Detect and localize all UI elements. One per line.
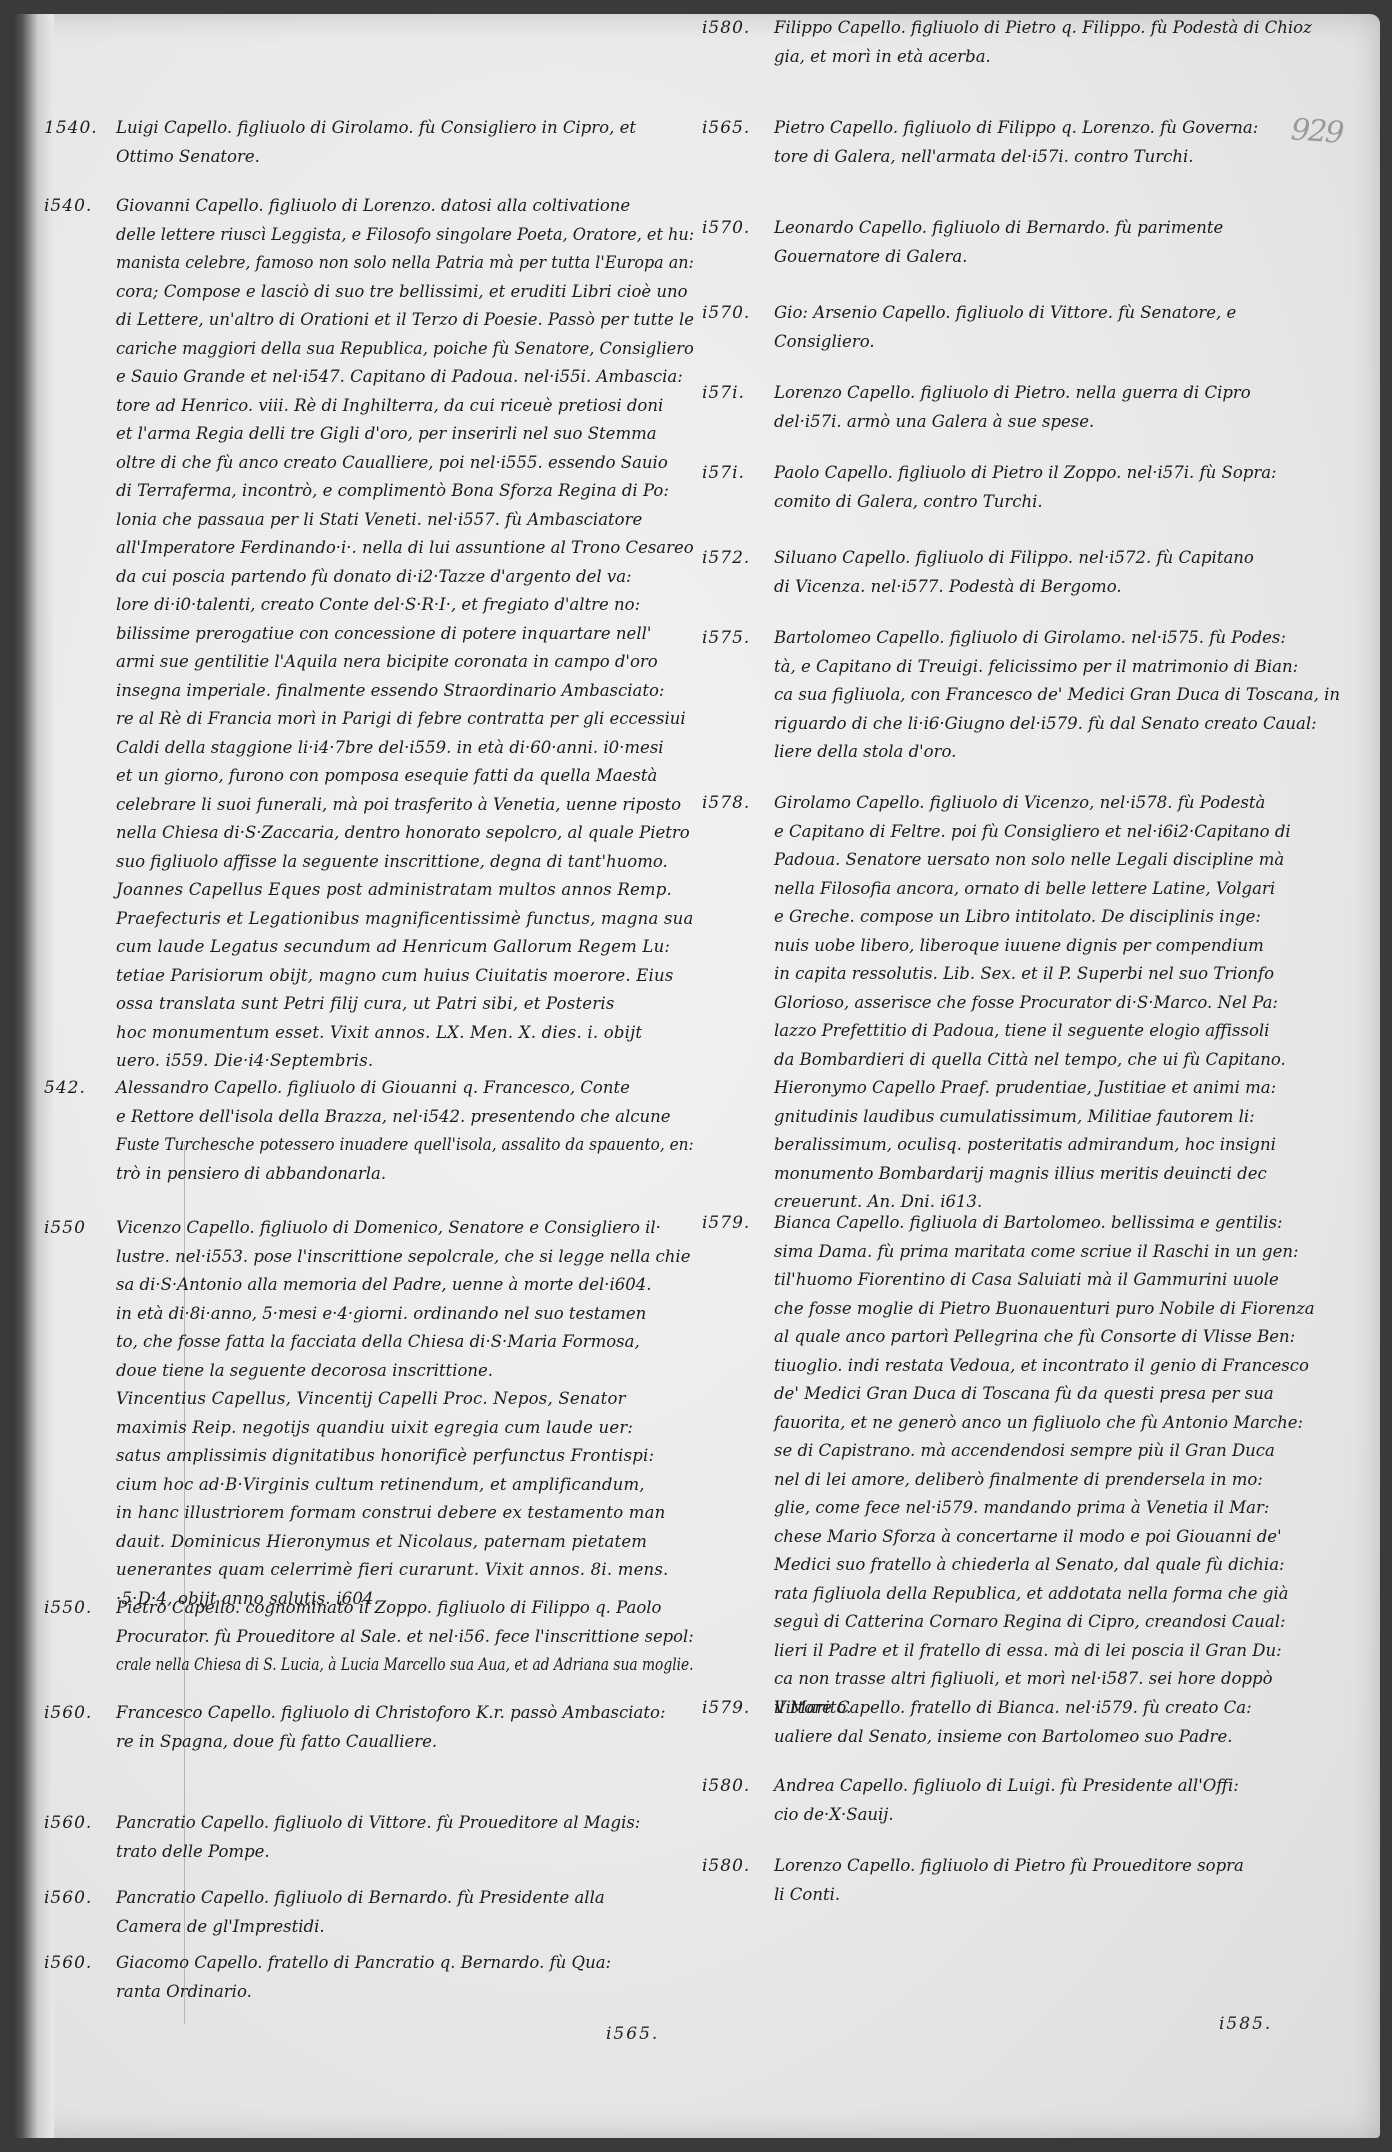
entry-year: i580.: [702, 14, 770, 43]
entry-lorenzo: i57i.Lorenzo Capello. figliuolo di Pietr…: [702, 379, 1342, 436]
text-line: Vicenzo Capello. figliuolo di Domenico, …: [116, 1214, 694, 1243]
text-line: seguì di Catterina Cornaro Regina di Cip…: [774, 1608, 1342, 1637]
entry-text: Pietro Capello. figliuolo di Filippo q. …: [774, 114, 1342, 171]
text-line: Procurator. fù Proueditore al Sale. et n…: [116, 1623, 689, 1652]
text-line: cio de·X·Sauij.: [774, 1801, 1342, 1830]
text-line: trò in pensiero di abbandonarla.: [116, 1160, 694, 1189]
inscription-line: cum laude Legatus secundum ad Henricum G…: [116, 933, 694, 962]
entry-year: i579.: [702, 1209, 770, 1238]
text-line: Pancratio Capello. figliuolo di Bernardo…: [116, 1884, 694, 1913]
text-line: tà, e Capitano di Treuigi. felicissimo p…: [774, 653, 1342, 682]
entry-text: Luigi Capello. figliuolo di Girolamo. fù…: [116, 114, 694, 171]
text-line: Consigliero.: [774, 328, 1342, 357]
text-line: beralissimum, oculisq. posteritatis admi…: [774, 1131, 1342, 1160]
entry-andrea: i580.Andrea Capello. figliuolo di Luigi.…: [702, 1772, 1342, 1829]
entry-year: i575.: [702, 624, 770, 653]
text-line: Luigi Capello. figliuolo di Girolamo. fù…: [116, 114, 694, 143]
entry-year: i560.: [44, 1809, 112, 1838]
entry-text: Siluano Capello. figliuolo di Filippo. n…: [774, 544, 1342, 601]
inscription-line: tetiae Parisiorum obijt, magno cum huius…: [116, 962, 694, 991]
text-line: Vittore Capello. fratello di Bianca. nel…: [774, 1694, 1342, 1723]
entry-pietro: i565.Pietro Capello. figliuolo di Filipp…: [702, 114, 1342, 171]
text-line: gia, et morì in età acerba.: [774, 43, 1342, 72]
entry-bianca: i579.Bianca Capello. figliuola di Bartol…: [702, 1209, 1342, 1722]
entry-year: i57i.: [702, 379, 770, 408]
text-line: nella Chiesa di·S·Zaccaria, dentro honor…: [116, 819, 694, 848]
text-line: et un giorno, furono con pomposa esequie…: [116, 762, 694, 791]
text-line: ranta Ordinario.: [116, 1978, 694, 2007]
text-line: doue tiene la seguente decorosa inscritt…: [116, 1357, 694, 1386]
text-line: Padoua. Senatore uersato non solo nelle …: [774, 846, 1342, 875]
entry-year: i550: [44, 1214, 112, 1243]
entry-siluano: i572.Siluano Capello. figliuolo di Filip…: [702, 544, 1342, 601]
text-line: Gouernatore di Galera.: [774, 243, 1342, 272]
text-line: Paolo Capello. figliuolo di Pietro il Zo…: [774, 459, 1342, 488]
entry-year: i580.: [702, 1772, 770, 1801]
text-line: Pietro Capello. figliuolo di Filippo q. …: [774, 114, 1342, 143]
text-line: Lorenzo Capello. figliuolo di Pietro. ne…: [774, 379, 1342, 408]
text-line: re in Spagna, doue fù fatto Caualliere.: [116, 1728, 694, 1757]
text-line: li Conti.: [774, 1881, 1342, 1910]
text-line: Giovanni Capello. figliuolo di Lorenzo. …: [116, 192, 694, 221]
entry-text: Leonardo Capello. figliuolo di Bernardo.…: [774, 214, 1342, 271]
entry-alessandro: 542.Alessandro Capello. figliuolo di Gio…: [44, 1074, 694, 1188]
entry-text: Lorenzo Capello. figliuolo di Pietro fù …: [774, 1852, 1342, 1909]
text-line: Lorenzo Capello. figliuolo di Pietro fù …: [774, 1852, 1342, 1881]
entry-year: i578.: [702, 789, 770, 818]
text-line: insegna imperiale. finalmente essendo St…: [116, 677, 694, 706]
inscription-line: hoc monumentum esset. Vixit annos. LX. M…: [116, 1019, 694, 1048]
inscription-line: in hanc illustriorem formam construi deb…: [116, 1499, 694, 1528]
text-line: Camera de gl'Imprestidi.: [116, 1913, 694, 1942]
entry-text: Paolo Capello. figliuolo di Pietro il Zo…: [774, 459, 1342, 516]
text-line: til'huomo Fiorentino di Casa Saluiati mà…: [774, 1266, 1342, 1295]
text-line: lonia che passaua per li Stati Veneti. n…: [116, 506, 694, 535]
text-line: rata figliuola della Republica, et addot…: [774, 1580, 1342, 1609]
text-line: glie, come fece nel·i579. mandando prima…: [774, 1494, 1342, 1523]
text-line: Filippo Capello. figliuolo di Pietro q. …: [774, 14, 1342, 43]
text-line: trato delle Pompe.: [116, 1838, 694, 1867]
text-line: manista celebre, famoso non solo nella P…: [116, 249, 675, 278]
text-line: e Capitano di Feltre. poi fù Consigliero…: [774, 818, 1342, 847]
entry-text: Pietro Capello. cognominato il Zoppo. fi…: [116, 1594, 694, 1680]
text-line: e Greche. compose un Libro intitolato. D…: [774, 903, 1342, 932]
entry-text: Bartolomeo Capello. figliuolo di Girolam…: [774, 624, 1342, 767]
text-line: sima Dama. fù prima maritata come scriue…: [774, 1238, 1342, 1267]
entry-year: i580.: [702, 1852, 770, 1881]
text-line: fauorita, et ne generò anco un figliuolo…: [774, 1409, 1342, 1438]
text-line: bilissime prerogatiue con concessione di…: [116, 620, 694, 649]
text-line: Giacomo Capello. fratello di Pancratio q…: [116, 1949, 694, 1978]
text-line: da Bombardieri di quella Città nel tempo…: [774, 1046, 1342, 1075]
text-line: gnitudinis laudibus cumulatissimum, Mili…: [774, 1103, 1342, 1132]
text-line: de' Medici Gran Duca di Toscana fù da qu…: [774, 1380, 1342, 1409]
text-line: Hieronymo Capello Praef. prudentiae, Jus…: [774, 1074, 1342, 1103]
entry-giacomo: i560.Giacomo Capello. fratello di Pancra…: [44, 1949, 694, 2006]
text-line: di Terraferma, incontrò, e complimentò B…: [116, 477, 694, 506]
text-line: in età di·8i·anno, 5·mesi e·4·giorni. or…: [116, 1300, 694, 1329]
entry-year: i570.: [702, 214, 770, 243]
entry-pancratio: i560.Pancratio Capello. figliuolo di Ber…: [44, 1884, 694, 1941]
entry-text: Vittore Capello. fratello di Bianca. nel…: [774, 1694, 1342, 1751]
entry-year: i570.: [702, 299, 770, 328]
entry-text: Pancratio Capello. figliuolo di Vittore.…: [116, 1809, 694, 1866]
entry-vicenzo: i550Vicenzo Capello. figliuolo di Domeni…: [44, 1214, 694, 1613]
entry-leonardo: i570.Leonardo Capello. figliuolo di Bern…: [702, 214, 1342, 271]
entry-gio-arsenio: i570.Gio: Arsenio Capello. figliuolo di …: [702, 299, 1342, 356]
text-line: Bianca Capello. figliuola di Bartolomeo.…: [774, 1209, 1342, 1238]
text-line: nuis uobe libero, liberoque iuuene digni…: [774, 932, 1342, 961]
entry-text: Girolamo Capello. figliuolo di Vicenzo, …: [774, 789, 1342, 1217]
text-line: Francesco Capello. figliuolo di Christof…: [116, 1699, 694, 1728]
text-line: Caldi della staggione li·i4·7bre del·i55…: [116, 734, 694, 763]
inscription-line: cium hoc ad·B·Virginis cultum retinendum…: [116, 1471, 694, 1500]
text-line: nel di lei amore, deliberò finalmente di…: [774, 1466, 1342, 1495]
text-line: Pietro Capello. cognominato il Zoppo. fi…: [116, 1594, 694, 1623]
text-line: Fuste Turchesche potessero inuadere quel…: [116, 1131, 651, 1160]
inscription-line: Joannes Capellus Eques post administrata…: [116, 876, 694, 905]
text-line: ca sua figliuola, con Francesco de' Medi…: [774, 681, 1342, 710]
entry-text: Alessandro Capello. figliuolo di Giouann…: [116, 1074, 694, 1188]
entry-year: i550.: [44, 1594, 112, 1623]
inscription-line: uenerantes quam celerrimè fieri curarunt…: [116, 1556, 694, 1585]
catchword-left: i565.: [606, 2024, 659, 2044]
text-line: Ottimo Senatore.: [116, 143, 694, 172]
text-line: Alessandro Capello. figliuolo di Giouann…: [116, 1074, 694, 1103]
text-line: e Rettore dell'isola della Brazza, nel·i…: [116, 1103, 694, 1132]
text-line: Leonardo Capello. figliuolo di Bernardo.…: [774, 214, 1342, 243]
entry-vittore: i579.Vittore Capello. fratello di Bianca…: [702, 1694, 1342, 1751]
text-line: delle lettere riuscì Leggista, e Filosof…: [116, 221, 680, 250]
text-line: nella Filosofia ancora, ornato di belle …: [774, 875, 1342, 904]
text-line: Siluano Capello. figliuolo di Filippo. n…: [774, 544, 1342, 573]
text-line: tore ad Henrico. viii. Rè di Inghilterra…: [116, 392, 694, 421]
text-line: sa di·S·Antonio alla memoria del Padre, …: [116, 1271, 694, 1300]
text-line: lore di·i0·talenti, creato Conte del·S·R…: [116, 591, 694, 620]
catchword-right: i585.: [1219, 2014, 1272, 2034]
text-line: Pancratio Capello. figliuolo di Vittore.…: [116, 1809, 694, 1838]
entry-text: Vicenzo Capello. figliuolo di Domenico, …: [116, 1214, 694, 1613]
entry-year: i565.: [702, 114, 770, 143]
entry-text: Giovanni Capello. figliuolo di Lorenzo. …: [116, 192, 694, 1076]
entry-luigi: 1540.Luigi Capello. figliuolo di Girolam…: [44, 114, 694, 171]
entry-year: i579.: [702, 1694, 770, 1723]
entry-year: i560.: [44, 1949, 112, 1978]
text-line: cariche maggiori della sua Republica, po…: [116, 335, 686, 364]
entry-year: i57i.: [702, 459, 770, 488]
text-line: Andrea Capello. figliuolo di Luigi. fù P…: [774, 1772, 1342, 1801]
text-line: Medici suo fratello à chiederla al Senat…: [774, 1551, 1342, 1580]
inscription-line: satus amplissimis dignitatibus honorific…: [116, 1442, 694, 1471]
text-line: ca non trasse altri figliuoli, et morì n…: [774, 1665, 1342, 1694]
entry-text: Bianca Capello. figliuola di Bartolomeo.…: [774, 1209, 1342, 1722]
text-line: to, che fosse fatta la facciata della Ch…: [116, 1328, 694, 1357]
text-line: e Sauio Grande et nel·i547. Capitano di …: [116, 363, 694, 392]
text-line: lazzo Prefettitio di Padoua, tiene il se…: [774, 1017, 1342, 1046]
text-line: lieri il Padre et il fratello di essa. m…: [774, 1637, 1342, 1666]
text-line: liere della stola d'oro.: [774, 738, 1342, 767]
text-line: celebrare li suoi funerali, mà poi trasf…: [116, 791, 694, 820]
text-line: che fosse moglie di Pietro Buonauenturi …: [774, 1295, 1342, 1324]
inscription-line: maximis Reip. negotijs quandiu uixit egr…: [116, 1414, 694, 1443]
text-line: Gio: Arsenio Capello. figliuolo di Vitto…: [774, 299, 1342, 328]
text-line: Bartolomeo Capello. figliuolo di Girolam…: [774, 624, 1342, 653]
inscription-line: Praefecturis et Legationibus magnificent…: [116, 905, 694, 934]
text-line: all'Imperatore Ferdinando·i·. nella di l…: [116, 534, 693, 563]
text-line: chese Mario Sforza à concertarne il modo…: [774, 1523, 1342, 1552]
entry-year: 1540.: [44, 114, 112, 143]
inscription-line: dauit. Dominicus Hieronymus et Nicolaus,…: [116, 1528, 694, 1557]
entry-text: Giacomo Capello. fratello di Pancratio q…: [116, 1949, 694, 2006]
entry-text: Andrea Capello. figliuolo di Luigi. fù P…: [774, 1772, 1342, 1829]
text-line: et l'arma Regia delli tre Gigli d'oro, p…: [116, 420, 694, 449]
inscription-line: Vincentius Capellus, Vincentij Capelli P…: [116, 1385, 694, 1414]
entry-pancratio: i560.Pancratio Capello. figliuolo di Vit…: [44, 1809, 694, 1866]
entry-pietro: i550.Pietro Capello. cognominato il Zopp…: [44, 1594, 694, 1680]
entry-filippo: i580.Filippo Capello. figliuolo di Pietr…: [702, 14, 1342, 71]
text-line: al quale anco partorì Pellegrina che fù …: [774, 1323, 1342, 1352]
entry-bartolomeo: i575.Bartolomeo Capello. figliuolo di Gi…: [702, 624, 1342, 767]
entry-girolamo: i578.Girolamo Capello. figliuolo di Vice…: [702, 789, 1342, 1217]
entry-year: i540.: [44, 192, 112, 221]
entry-year: i572.: [702, 544, 770, 573]
entry-giovanni: i540.Giovanni Capello. figliuolo di Lore…: [44, 192, 694, 1076]
text-line: se di Capistrano. mà accendendosi sempre…: [774, 1437, 1342, 1466]
entry-francesco: i560.Francesco Capello. figliuolo di Chr…: [44, 1699, 694, 1756]
text-line: da cui poscia partendo fù donato di·i2·T…: [116, 563, 694, 592]
manuscript-page: 929 1540.Luigi Capello. figliuolo di Gir…: [14, 14, 1380, 2138]
text-line: crale nella Chiesa di S. Lucia, à Lucia …: [116, 1651, 599, 1680]
text-line: Glorioso, asserisce che fosse Procurator…: [774, 989, 1342, 1018]
text-line: di Vicenza. nel·i577. Podestà di Bergomo…: [774, 573, 1342, 602]
entry-text: Lorenzo Capello. figliuolo di Pietro. ne…: [774, 379, 1342, 436]
entry-text: Francesco Capello. figliuolo di Christof…: [116, 1699, 694, 1756]
inscription-line: ossa translata sunt Petri filij cura, ut…: [116, 990, 694, 1019]
text-line: lustre. nel·i553. pose l'inscrittione se…: [116, 1243, 694, 1272]
entry-text: Filippo Capello. figliuolo di Pietro q. …: [774, 14, 1342, 71]
text-line: cora; Compose e lasciò di suo tre bellis…: [116, 278, 694, 307]
entry-year: i560.: [44, 1884, 112, 1913]
text-line: oltre di che fù anco creato Caualliere, …: [116, 449, 694, 478]
text-line: comito di Galera, contro Turchi.: [774, 488, 1342, 517]
text-line: monumento Bombardarij magnis illius meri…: [774, 1160, 1342, 1189]
inscription-line: uero. i559. Die·i4·Septembris.: [116, 1047, 694, 1076]
text-line: re al Rè di Francia morì in Parigi di fe…: [116, 705, 694, 734]
entry-text: Pancratio Capello. figliuolo di Bernardo…: [116, 1884, 694, 1941]
text-line: riguardo di che li·i6·Giugno del·i579. f…: [774, 710, 1342, 739]
text-line: armi sue gentilitie l'Aquila nera bicipi…: [116, 648, 694, 677]
text-line: tore di Galera, nell'armata del·i57i. co…: [774, 143, 1342, 172]
text-line: Girolamo Capello. figliuolo di Vicenzo, …: [774, 789, 1342, 818]
text-line: in capita ressolutis. Lib. Sex. et il P.…: [774, 960, 1342, 989]
text-line: del·i57i. armò una Galera à sue spese.: [774, 408, 1342, 437]
text-line: ualiere dal Senato, insieme con Bartolom…: [774, 1723, 1342, 1752]
entry-year: 542.: [44, 1074, 112, 1103]
entry-paolo: i57i.Paolo Capello. figliuolo di Pietro …: [702, 459, 1342, 516]
text-line: suo figliuolo affisse la seguente inscri…: [116, 848, 694, 877]
entry-year: i560.: [44, 1699, 112, 1728]
text-line: tiuoglio. indi restata Vedoua, et incont…: [774, 1352, 1342, 1381]
text-line: di Lettere, un'altro di Orationi et il T…: [116, 306, 693, 335]
entry-text: Gio: Arsenio Capello. figliuolo di Vitto…: [774, 299, 1342, 356]
entry-lorenzo: i580.Lorenzo Capello. figliuolo di Pietr…: [702, 1852, 1342, 1909]
